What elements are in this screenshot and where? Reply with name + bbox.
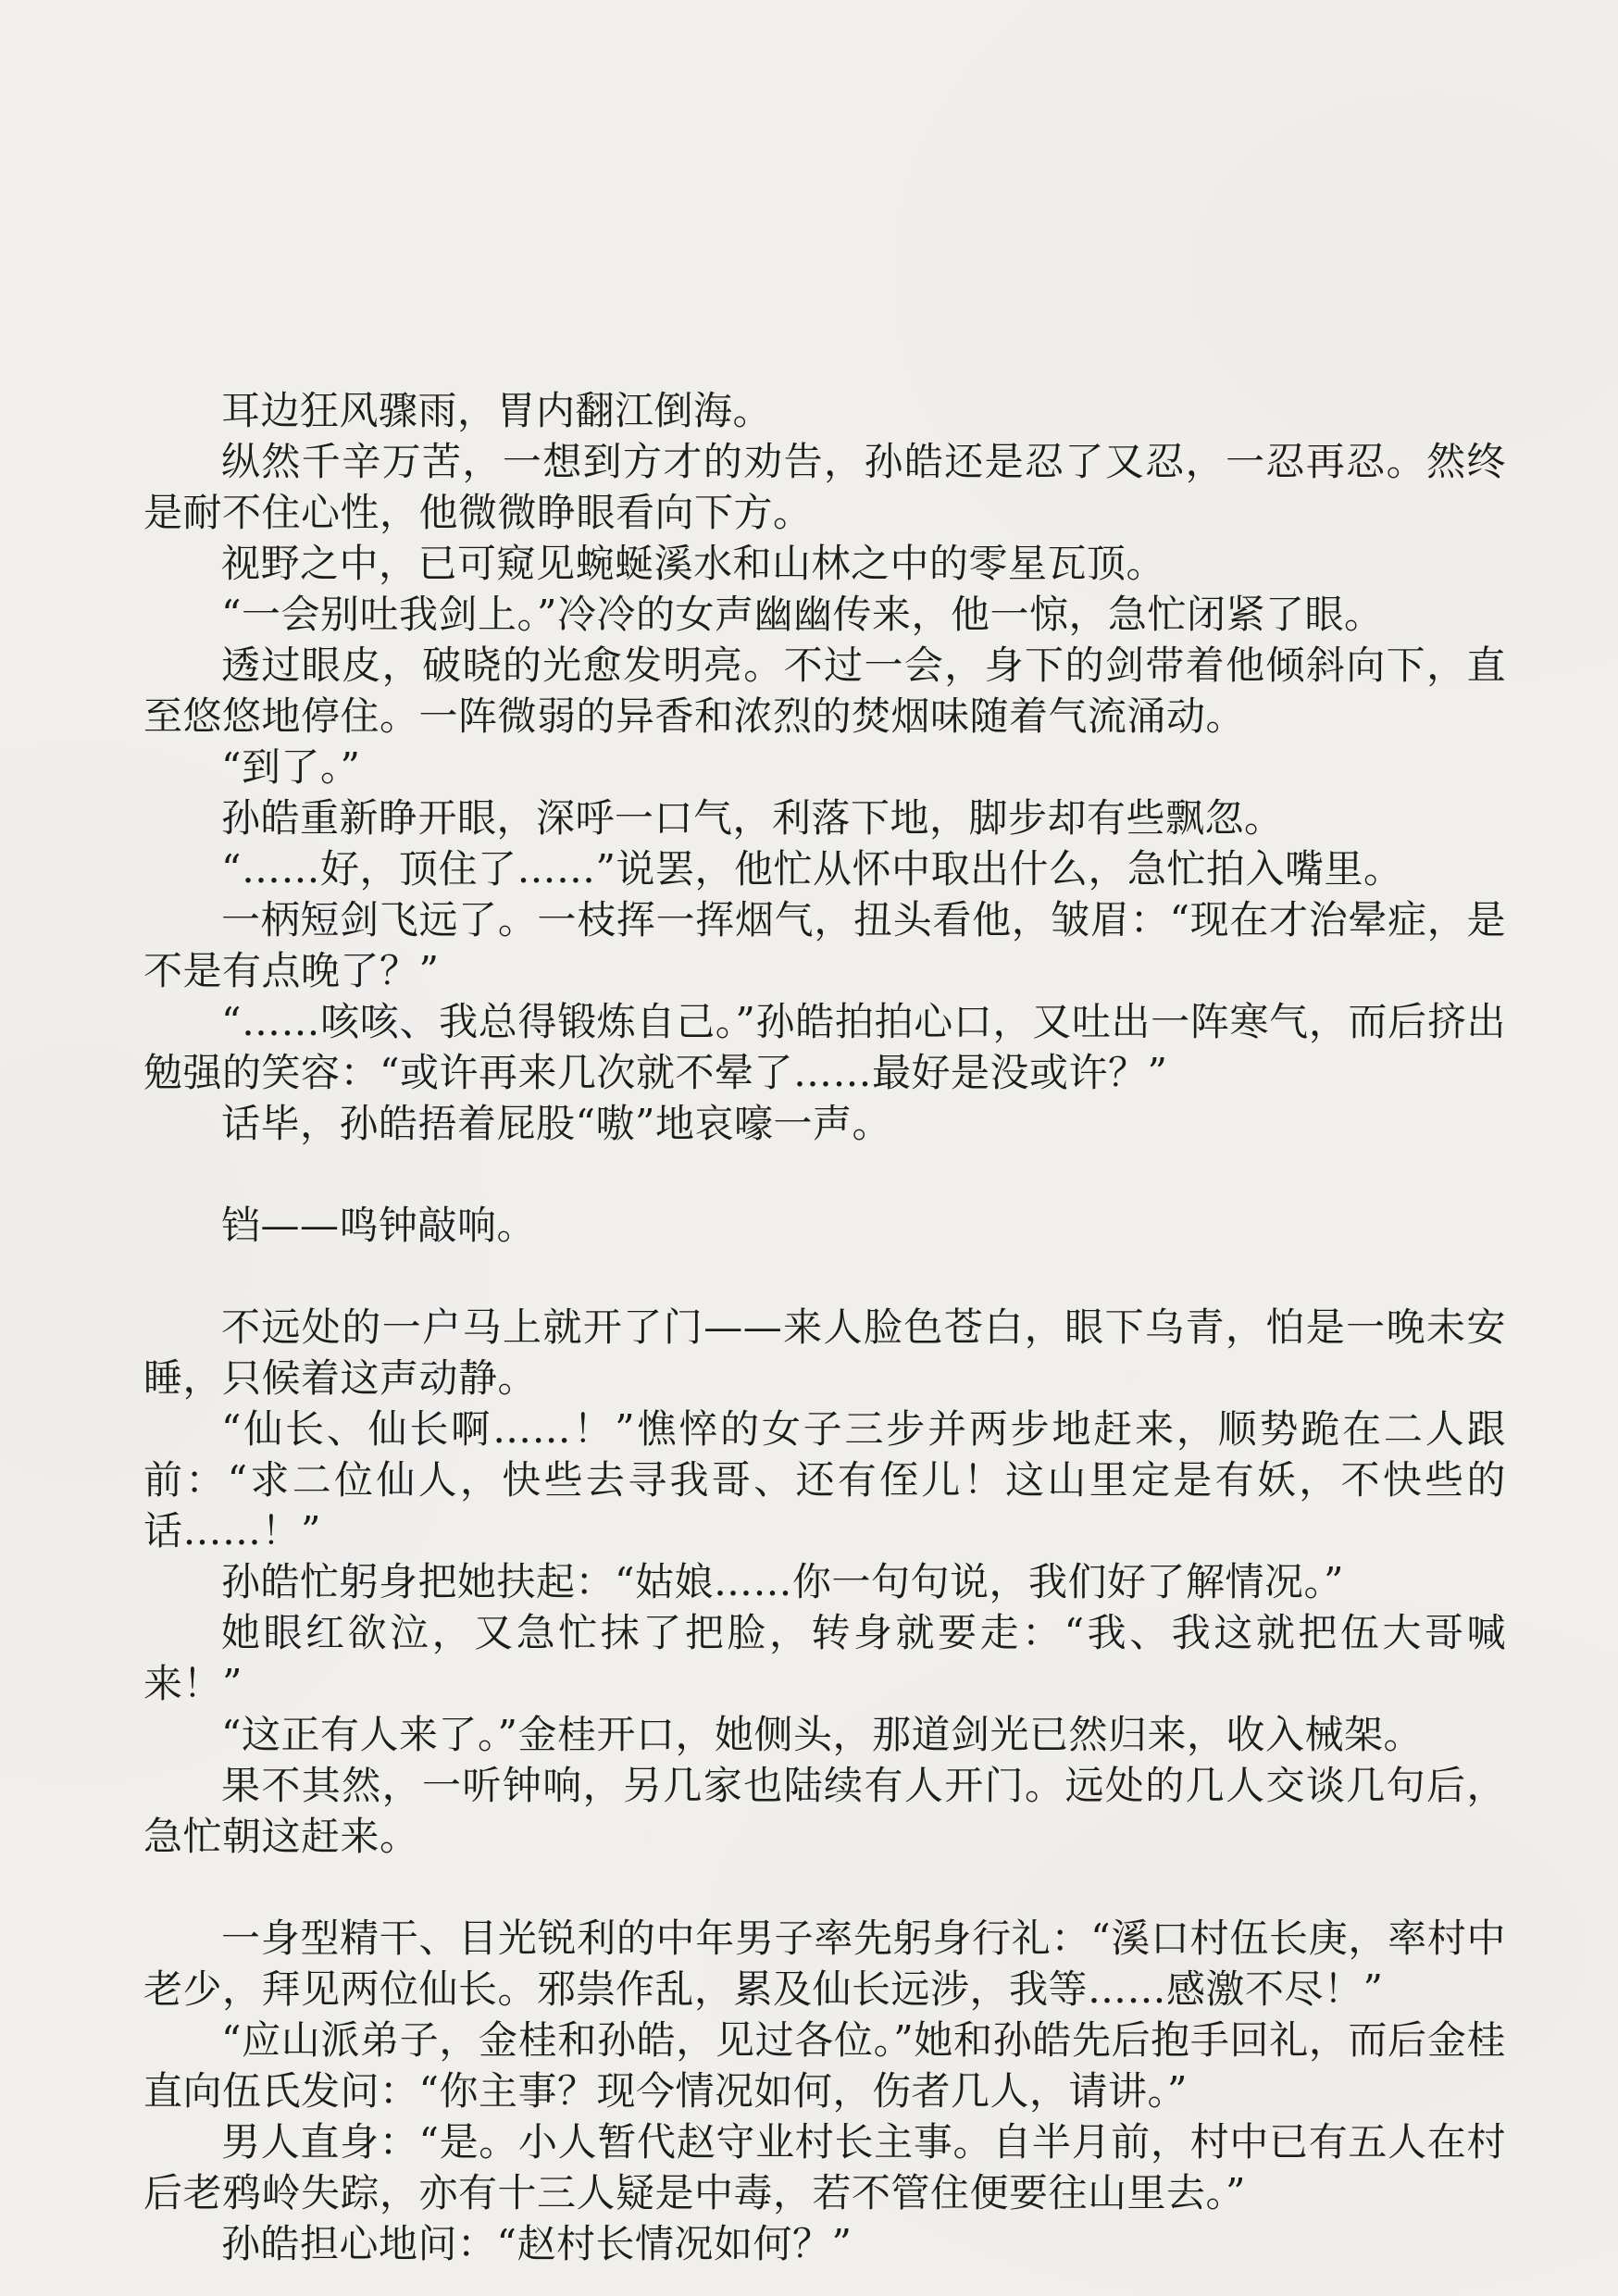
paragraph: 男人直身：“是。小人暂代赵守业村长主事。自半月前，村中已有五人在村后老鸦岭失踪，… bbox=[143, 2116, 1506, 2218]
paragraph: 孙皓忙躬身把她扶起：“姑娘……你一句句说，我们好了解情况。” bbox=[143, 1556, 1506, 1607]
paragraph: “一会别吐我剑上。”冷冷的女声幽幽传来，他一惊，急忙闭紧了眼。 bbox=[143, 589, 1506, 640]
paragraph: 她眼红欲泣，又急忙抹了把脸，转身就要走：“我、我这就把伍大哥喊来！” bbox=[143, 1607, 1506, 1709]
text-block: 耳边狂风骤雨，胃内翻江倒海。纵然千辛万苦，一想到方才的劝告，孙皓还是忍了又忍，一… bbox=[143, 385, 1506, 2269]
paragraph: “应山派弟子，金桂和孙皓，见过各位。”她和孙皓先后抱手回礼，而后金桂直向伍氏发问… bbox=[143, 2015, 1506, 2116]
paragraph: 纵然千辛万苦，一想到方才的劝告，孙皓还是忍了又忍，一忍再忍。然终是耐不住心性，他… bbox=[143, 436, 1506, 538]
paragraph: 视野之中，已可窥见蜿蜒溪水和山林之中的零星瓦顶。 bbox=[143, 538, 1506, 589]
paragraph: 话毕，孙皓捂着屁股“嗷”地哀嚎一声。 bbox=[143, 1098, 1506, 1149]
novel-page: { "page": { "background_color": "#f1efec… bbox=[0, 0, 1618, 2296]
paragraph: 铛——鸣钟敲响。 bbox=[143, 1200, 1506, 1251]
paragraph: “到了。” bbox=[143, 742, 1506, 792]
paragraph: 透过眼皮，破晓的光愈发明亮。不过一会，身下的剑带着他倾斜向下，直至悠悠地停住。一… bbox=[143, 640, 1506, 742]
paragraph: “……好，顶住了……”说罢，他忙从怀中取出什么，急忙拍入嘴里。 bbox=[143, 843, 1506, 894]
paragraph: 孙皓重新睁开眼，深呼一口气，利落下地，脚步却有些飘忽。 bbox=[143, 792, 1506, 843]
paragraph: 耳边狂风骤雨，胃内翻江倒海。 bbox=[143, 385, 1506, 436]
paragraph: “这正有人来了。”金桂开口，她侧头，那道剑光已然归来，收入械架。 bbox=[143, 1709, 1506, 1760]
paragraph: 不远处的一户马上就开了门——来人脸色苍白，眼下乌青，怕是一晚未安睡，只候着这声动… bbox=[143, 1302, 1506, 1404]
paragraph: 一柄短剑飞远了。一枝挥一挥烟气，扭头看他，皱眉：“现在才治晕症，是不是有点晚了？… bbox=[143, 894, 1506, 996]
paragraph: “……咳咳、我总得锻炼自己。”孙皓拍拍心口，又吐出一阵寒气，而后挤出勉强的笑容：… bbox=[143, 996, 1506, 1098]
paragraph: “仙长、仙长啊……！”憔悴的女子三步并两步地赶来，顺势跪在二人跟前：“求二位仙人… bbox=[143, 1404, 1506, 1556]
paragraph: 孙皓担心地问：“赵村长情况如何？” bbox=[143, 2218, 1506, 2269]
paragraph: 果不其然，一听钟响，另几家也陆续有人开门。远处的几人交谈几句后，急忙朝这赶来。 bbox=[143, 1760, 1506, 1862]
paragraph: 一身型精干、目光锐利的中年男子率先躬身行礼：“溪口村伍长庚，率村中老少，拜见两位… bbox=[143, 1913, 1506, 2015]
